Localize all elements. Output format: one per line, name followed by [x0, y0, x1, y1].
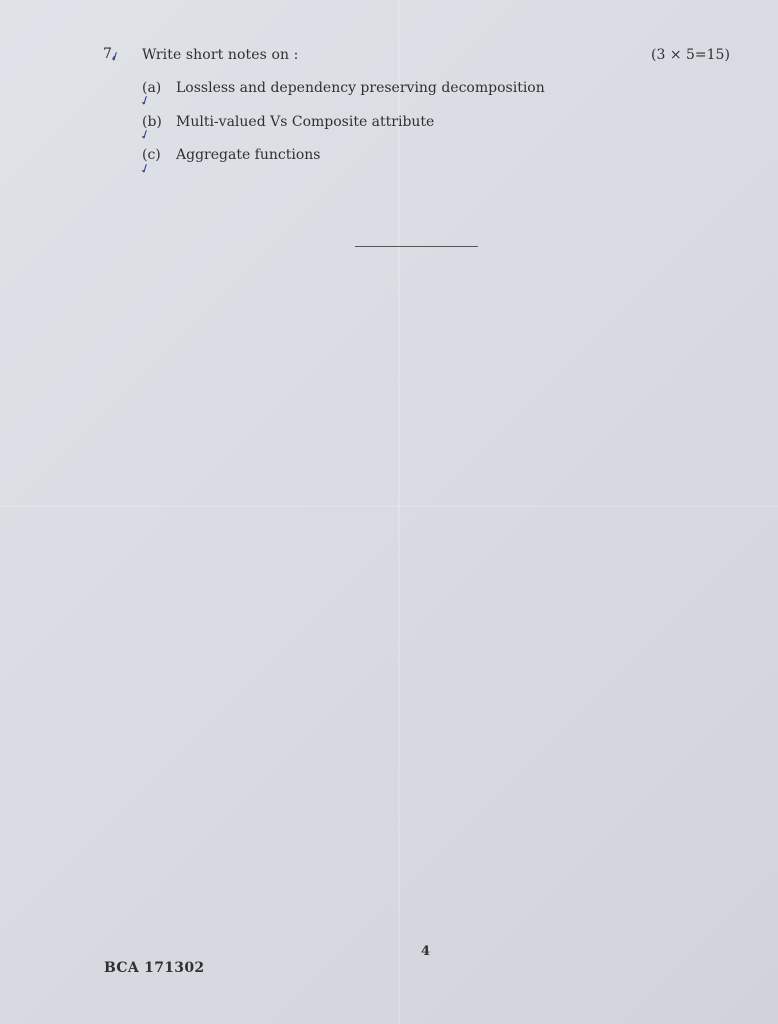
item-text: Lossless and dependency preserving decom…: [176, 80, 545, 96]
question-marks: (3 × 5=15): [651, 47, 730, 63]
pen-tick-icon: ✓: [138, 161, 153, 179]
paper-code: BCA 171302: [104, 960, 204, 976]
question-title: Write short notes on :: [142, 47, 299, 63]
item-text: Aggregate functions: [176, 147, 320, 163]
page-number: 4: [421, 944, 430, 959]
paper-fold-horizontal: [0, 505, 778, 507]
item-text: Multi-valued Vs Composite attribute: [176, 114, 434, 130]
question-item: (b)Multi-valued Vs Composite attribute: [142, 114, 434, 130]
question-item: (a)Lossless and dependency preserving de…: [142, 80, 545, 96]
pen-tick-icon: ✓: [108, 49, 123, 67]
paper-fold-vertical: [398, 0, 400, 1024]
question-item: (c)Aggregate functions: [142, 147, 320, 163]
end-of-paper-rule: [355, 246, 478, 247]
